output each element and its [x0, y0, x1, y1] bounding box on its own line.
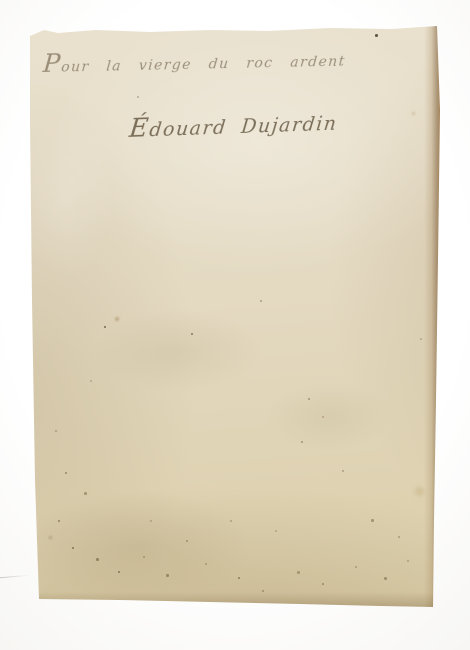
foxing-spot	[322, 416, 324, 418]
foxing-spot	[355, 566, 357, 568]
foxing-spot	[415, 487, 424, 496]
foxing-spot	[238, 577, 240, 579]
foxing-spot	[115, 317, 119, 321]
foxing-spot	[322, 583, 324, 585]
foxing-spot	[118, 571, 120, 573]
foxing-spot	[49, 536, 52, 539]
photo-backdrop: Pour la vierge du roc ardent Édouard Duj…	[0, 0, 470, 650]
foxing-spot	[398, 536, 400, 538]
foxing-spot	[230, 520, 232, 522]
foxing-spot	[150, 520, 152, 522]
foxing-spot	[186, 540, 188, 542]
foxing-spot	[191, 333, 193, 335]
foxing-spot	[90, 380, 92, 382]
foxing-spot	[166, 574, 169, 577]
foxing-spot	[420, 338, 422, 340]
foxing-spot	[84, 492, 87, 495]
foxing-spot	[375, 34, 378, 37]
foxing-spot	[55, 430, 57, 432]
foxing-spot	[407, 560, 409, 562]
foxing-spot	[275, 530, 277, 532]
foxing-spot	[143, 556, 145, 558]
foxing-spot	[412, 112, 415, 115]
manuscript-cover: Pour la vierge du roc ardent Édouard Duj…	[0, 0, 470, 650]
foxing-spots	[0, 0, 470, 650]
foxing-spot	[301, 441, 303, 443]
foxing-spot	[96, 558, 99, 561]
backdrop-crease	[0, 575, 30, 579]
foxing-spot	[104, 326, 106, 328]
foxing-spot	[308, 398, 310, 400]
foxing-spot	[262, 590, 264, 592]
foxing-spot	[342, 470, 344, 472]
foxing-spot	[205, 563, 207, 565]
foxing-spot	[371, 519, 374, 522]
foxing-spot	[137, 96, 139, 98]
foxing-spot	[72, 547, 74, 549]
foxing-spot	[260, 300, 262, 302]
foxing-spot	[297, 571, 300, 574]
foxing-spot	[58, 520, 60, 522]
foxing-spot	[384, 577, 387, 580]
foxing-spot	[65, 472, 67, 474]
